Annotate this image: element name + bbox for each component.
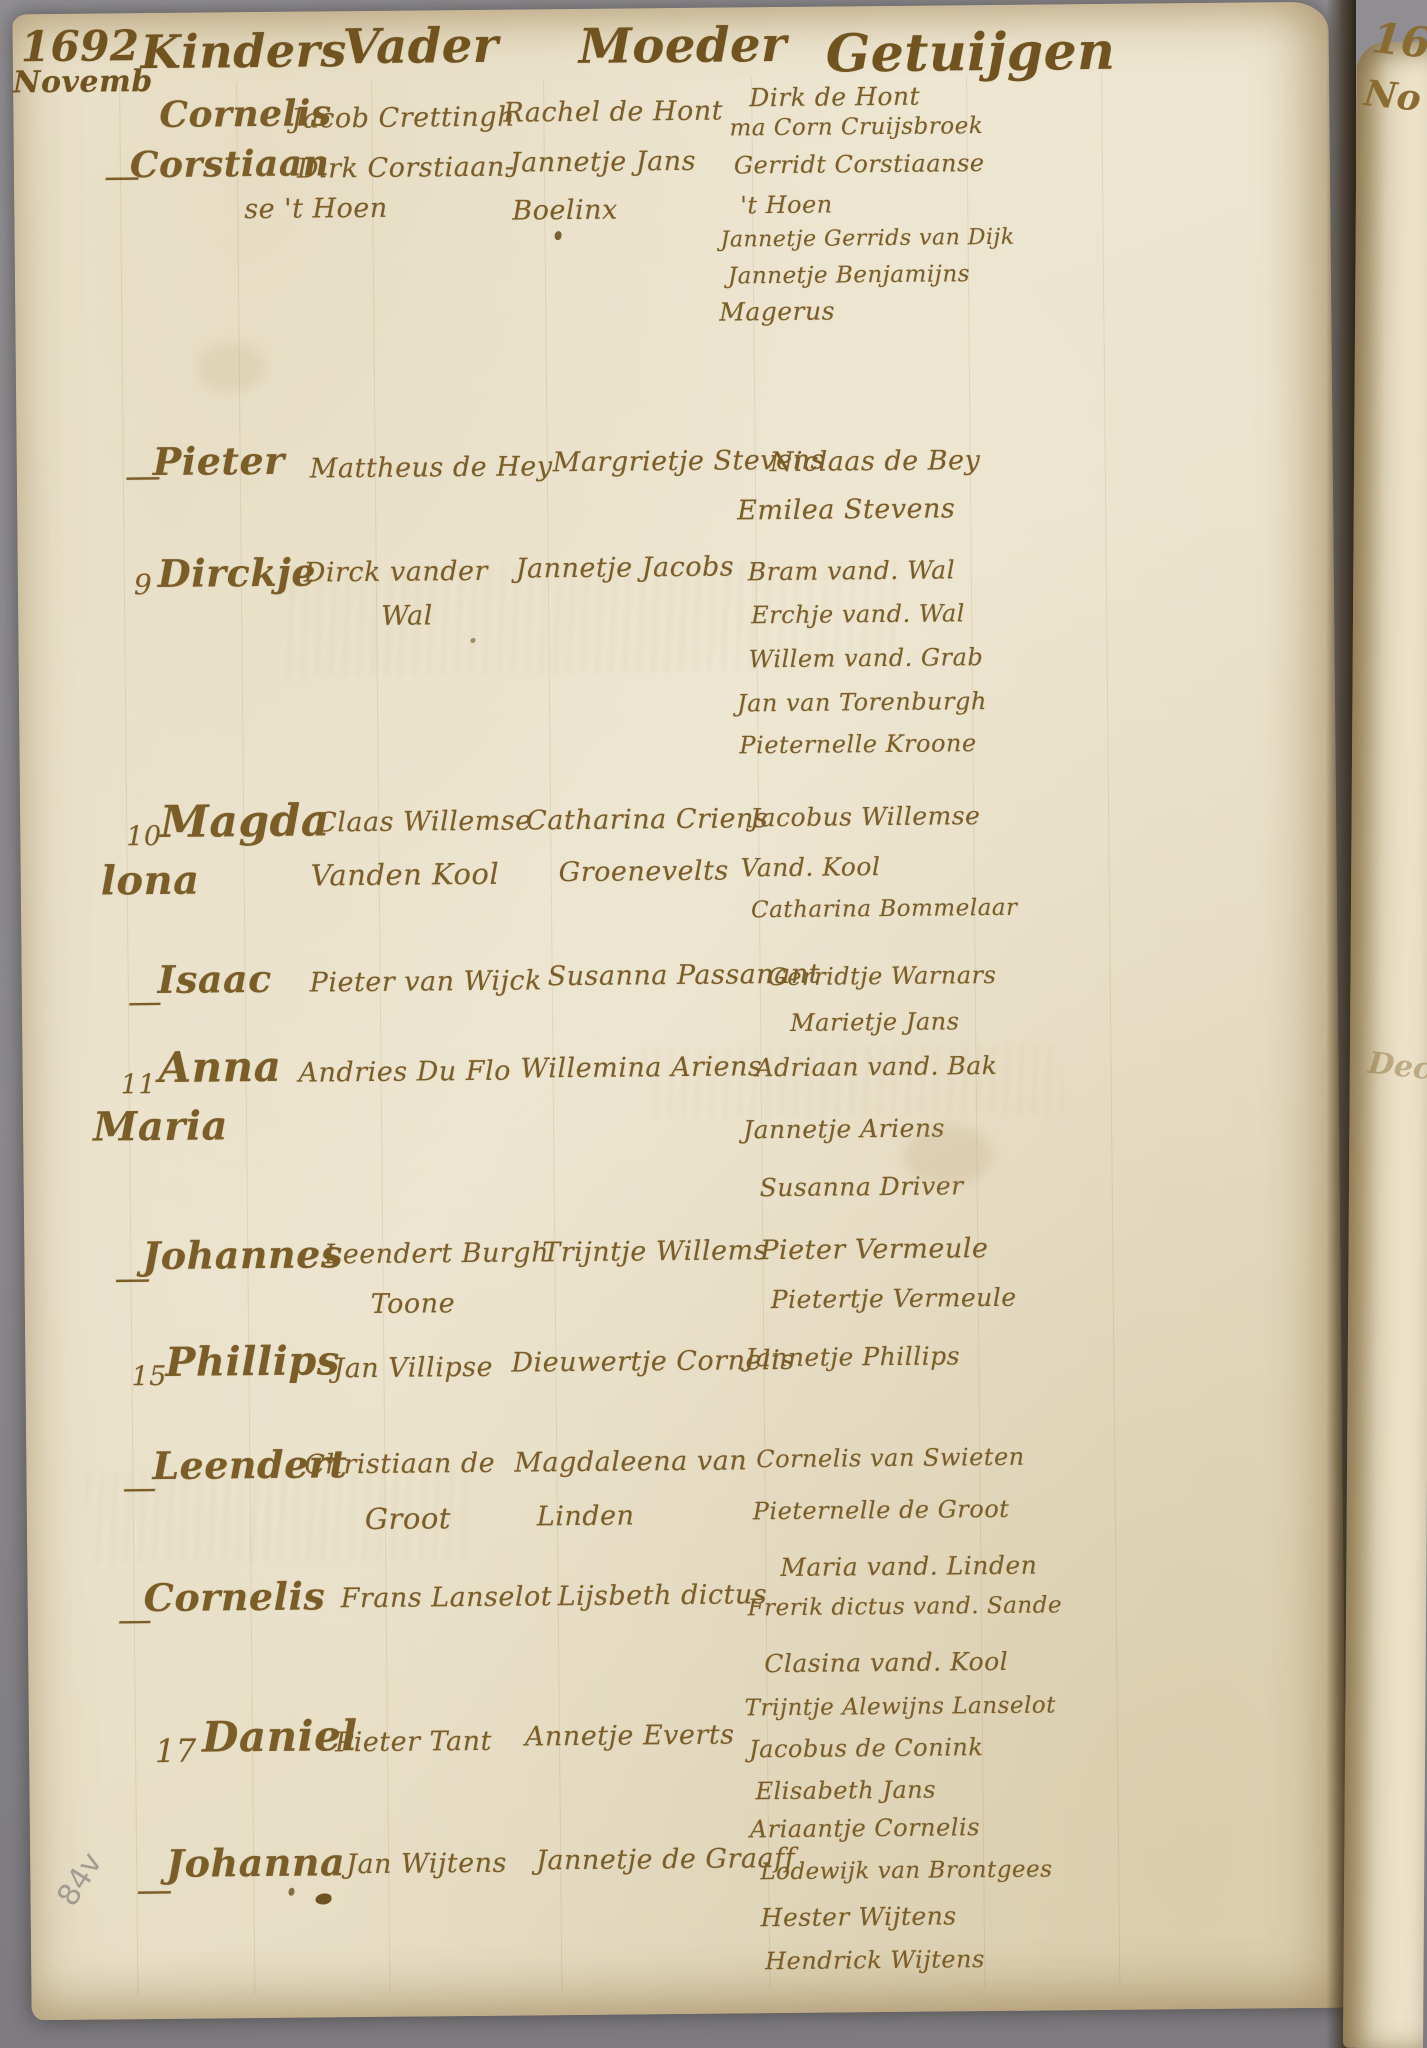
entry-7-witness-0: Pieter Vermeule xyxy=(760,1235,988,1264)
entry-3-father-name-line2: Wal xyxy=(381,602,433,629)
column-rule xyxy=(119,83,138,1995)
entry-12-child-name: Johanna xyxy=(166,1843,345,1883)
column-header-moeder: Moeder xyxy=(579,21,788,71)
entry-7-child-name: Johannes xyxy=(142,1235,343,1275)
ink-stain xyxy=(288,1888,294,1896)
manuscript-page: 1692 Novemb Kinders Vader Moeder Getuijg… xyxy=(12,2,1347,2021)
entry-12-mother-name: Jannetje de Graaff xyxy=(536,1845,795,1874)
adjacent-page-edge xyxy=(1343,42,1427,2048)
entry-7-witness-1: Pietertje Vermeule xyxy=(771,1285,1017,1312)
entry-11-day-marker: 17 xyxy=(155,1735,197,1767)
entry-6-day-marker: 11 xyxy=(121,1071,157,1098)
entry-4-father-name-line2: Vanden Kool xyxy=(311,860,500,891)
entry-11-witness-2: Ariaantje Cornelis xyxy=(750,1815,980,1841)
entry-3-day-marker: 9 xyxy=(134,571,153,599)
entry-1-witness-4: Magerus xyxy=(719,298,835,324)
column-rule xyxy=(543,79,562,1991)
entry-4-mother-name-line2: Groenevelts xyxy=(559,858,729,887)
entry-1-mother-name: Jannetje Jans xyxy=(510,148,696,177)
entry-11-father-name: Pieter Tant xyxy=(335,1728,492,1757)
entry-4-child-name: Magda xyxy=(160,799,330,845)
entry-1-witness-3: Jannetje Benjamijns xyxy=(728,263,970,288)
entry-1-witness-0: Gerridt Corstiaanse xyxy=(734,151,985,177)
entry-9-witness-1: Pieternelle de Groot xyxy=(753,1497,1010,1523)
entry-1-father-name-line2: se 't Hoen xyxy=(244,195,388,223)
column-header-vader: Vader xyxy=(343,22,499,71)
entry-3-witness-2: Willem vand. Grab xyxy=(749,645,984,671)
entry-7-mother-name: Trijntje Willems xyxy=(542,1237,768,1266)
entry-10-witness-1: Frerik dictus vand. Sande xyxy=(748,1594,1062,1620)
entry-6-child-name-line2: Maria xyxy=(93,1106,228,1147)
ink-stain xyxy=(555,231,562,240)
entry-0-mother-name: Rachel de Hont xyxy=(503,98,723,127)
entry-1-father-name: Dirk Corstiaan- xyxy=(297,154,515,183)
adjacent-page-text-fragment: Dec xyxy=(1367,1049,1427,1085)
entry-3-child-name: Dirckje xyxy=(158,553,317,593)
entry-9-mother-name: Magdaleena van xyxy=(514,1447,747,1476)
entry-4-father-name: Claas Willemse xyxy=(316,807,532,836)
entry-12-father-name: Jan Wijtens xyxy=(346,1850,507,1879)
entry-2-child-name: Pieter xyxy=(153,442,285,481)
entry-9-father-name: Christiaan de xyxy=(304,1450,495,1479)
entry-10-child-name: Cornelis xyxy=(143,1577,325,1617)
entry-10-witness-3: Trijntje Alewijns Lanselot xyxy=(745,1694,1056,1720)
entry-12-witness-1: Hester Wijtens xyxy=(761,1903,957,1930)
entry-5-witness-1: Marietje Jans xyxy=(790,1009,960,1035)
entry-3-witness-3: Jan van Torenburgh xyxy=(737,689,987,715)
entry-6-mother-name: Willemina Ariens xyxy=(520,1053,762,1082)
entry-0-witness-0: Dirk de Hont xyxy=(749,84,920,111)
foxing-stain xyxy=(196,342,266,393)
entry-1-mother-name-line2: Boelinx xyxy=(512,197,618,225)
entry-0-witness-1: ma Corn Cruijsbroek xyxy=(729,115,983,140)
entry-2-father-name: Mattheus de Hey xyxy=(310,453,553,482)
column-rule xyxy=(371,81,390,1993)
entry-8-day-marker: 15 xyxy=(131,1363,167,1390)
entry-5-father-name: Pieter van Wijck xyxy=(310,967,542,996)
entry-11-witness-0: Jacobus de Conink xyxy=(749,1735,983,1761)
entry-4-child-name-line2: lona xyxy=(101,861,200,902)
entry-4-mother-name: Catharina Criens xyxy=(526,805,768,834)
entry-1-witness-1: 't Hoen xyxy=(740,192,833,217)
column-header-kinders: Kinders xyxy=(141,27,347,75)
entry-9-father-name-line2: Groot xyxy=(365,1504,451,1534)
adjacent-page-text-fragment: No xyxy=(1362,75,1422,117)
entry-4-day-marker: 10 xyxy=(126,823,162,850)
ink-stain xyxy=(315,1893,331,1904)
entry-2-witness-1: Emilea Stevens xyxy=(737,495,955,524)
entry-6-child-name: Anna xyxy=(158,1046,281,1089)
photographed-register-scan: 1692 Novemb Kinders Vader Moeder Getuijg… xyxy=(0,0,1427,2048)
entry-3-father-name: Dirck vander xyxy=(304,558,488,587)
entry-11-witness-1: Elisabeth Jans xyxy=(755,1778,936,1804)
entry-8-witness-0: Jannetje Phillips xyxy=(745,1343,960,1370)
year-label: 1692 xyxy=(21,25,140,68)
entry-6-father-name: Andries Du Flo xyxy=(298,1058,511,1087)
entry-9-witness-0: Cornelis van Swieten xyxy=(756,1445,1025,1472)
entry-10-mother-name: Lijsbeth dictus xyxy=(557,1581,767,1610)
entry-10-witness-0: Maria vand. Linden xyxy=(780,1553,1037,1580)
entry-3-witness-1: Erchje vand. Wal xyxy=(751,601,965,627)
entry-4-witness-0: Jacobus Willemse xyxy=(750,803,980,830)
entry-4-witness-1: Vand. Kool xyxy=(741,854,881,880)
foxing-stain xyxy=(903,1125,994,1186)
entry-1-witness-2: Jannetje Gerrids van Dijk xyxy=(721,227,1015,252)
entry-2-witness-0: Niclaas de Bey xyxy=(770,447,981,476)
entry-0-father-name: Jacob Crettingh xyxy=(291,104,515,133)
entry-4-witness-2: Catharina Bommelaar xyxy=(751,897,1018,923)
adjacent-page-text-fragment: 16 xyxy=(1370,17,1427,65)
month-label: Novemb xyxy=(13,67,153,98)
entry-3-witness-4: Pieternelle Kroone xyxy=(739,731,976,757)
entry-12-witness-0: Lodewijk van Brontgees xyxy=(760,1858,1052,1884)
column-header-getuijgen: Getuijgen xyxy=(826,26,1116,81)
column-rule xyxy=(1101,74,1120,1986)
entry-10-father-name: Frans Lanselot xyxy=(340,1583,552,1612)
entry-8-father-name: Jan Villipse xyxy=(333,1354,493,1383)
entry-5-child-name: Isaac xyxy=(157,960,271,999)
entry-9-mother-name-line2: Linden xyxy=(537,1502,635,1530)
entry-7-father-name: Leendert Burgh xyxy=(324,1239,549,1268)
entry-3-witness-0: Bram vand. Wal xyxy=(748,557,956,584)
entry-6-witness-0: Adriaan vand. Bak xyxy=(755,1053,997,1080)
entry-11-mother-name: Annetje Everts xyxy=(525,1722,735,1751)
entry-7-father-name-line2: Toone xyxy=(371,1290,456,1318)
entry-10-witness-2: Clasina vand. Kool xyxy=(764,1649,1008,1676)
entry-3-mother-name: Jannetje Jacobs xyxy=(516,553,735,582)
entry-5-witness-0: Gerridtje Warnars xyxy=(768,963,997,989)
entry-8-child-name: Phillips xyxy=(165,1341,340,1383)
entry-12-witness-2: Hendrick Wijtens xyxy=(765,1947,985,1973)
